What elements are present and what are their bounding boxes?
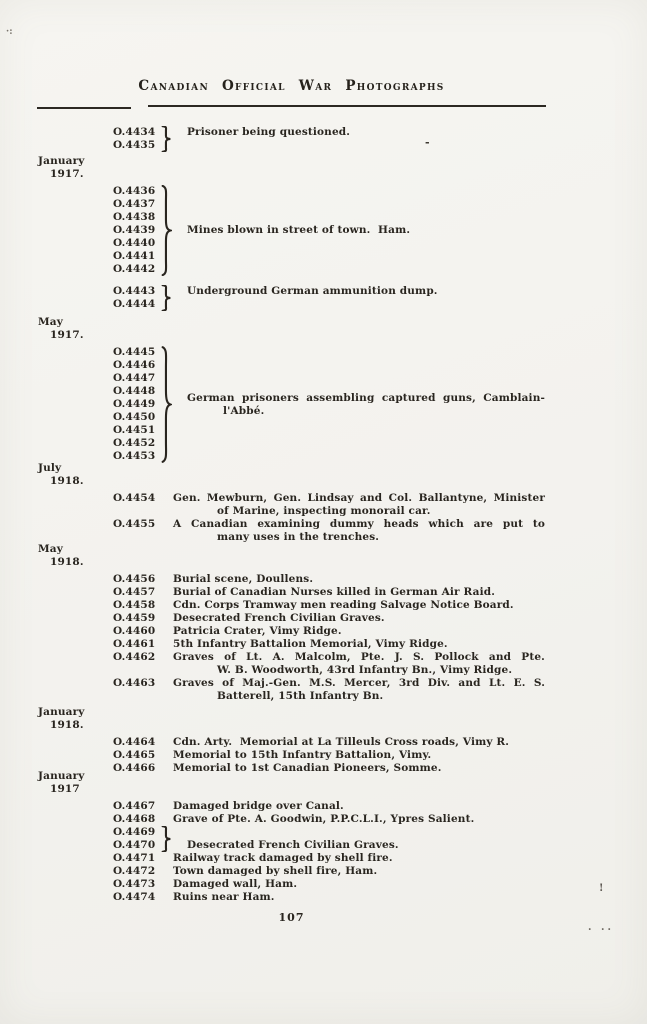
catalog-entry: O.4462Graves of Lt. A. Malcolm, Pte. J. …	[113, 651, 545, 677]
photo-number: O.4458	[113, 599, 173, 612]
page-header-title: Canadian Official War Photographs	[38, 80, 545, 93]
photo-caption: 5th Infantry Battalion Memorial, Vimy Ri…	[173, 638, 545, 651]
photo-number: O.4463	[113, 677, 173, 703]
photo-number: O.4454	[113, 492, 173, 518]
photo-caption-line: Cdn. Corps Tramway men reading Salvage N…	[173, 599, 545, 612]
photo-number: O.4462	[113, 651, 173, 677]
photo-caption-line: of Marine, inspecting monorail car.	[173, 505, 545, 518]
photo-caption: Town damaged by shell fire, Ham.	[173, 865, 545, 878]
section-items: O.4454Gen. Mewburn, Gen. Lindsay and Col…	[113, 492, 545, 544]
date-month: January	[38, 770, 118, 783]
photo-caption-line: Patricia Crater, Vimy Ridge.	[173, 625, 545, 638]
photo-caption: Damaged bridge over Canal.	[173, 800, 545, 813]
photo-number: O.4434	[113, 126, 161, 139]
photo-caption-line: Batterell, 15th Infantry Bn.	[173, 690, 545, 703]
photo-number: O.4455	[113, 518, 173, 544]
brace-icon	[161, 826, 174, 852]
catalog-entry: O.44615th Infantry Battalion Memorial, V…	[113, 638, 545, 651]
photo-caption: Burial scene, Doullens.	[173, 573, 545, 586]
photo-caption: Graves of Maj.-Gen. M.S. Mercer, 3rd Div…	[173, 677, 545, 703]
photo-caption-line: Graves of Lt. A. Malcolm, Pte. J. S. Pol…	[173, 651, 545, 664]
catalog-entry: O.4472Town damaged by shell fire, Ham.	[113, 865, 545, 878]
photo-caption: Underground German ammunition dump.	[187, 285, 545, 311]
photo-caption-line: Memorial to 15th Infantry Battalion, Vim…	[173, 749, 545, 762]
section-items: O.4445O.4446O.4447O.4448O.4449O.4450O.44…	[113, 346, 545, 463]
photo-number: O.4464	[113, 736, 173, 749]
photo-number: O.4442	[113, 263, 161, 276]
section-items: O.4456Burial scene, Doullens.O.4457Buria…	[113, 573, 545, 703]
photo-caption: Grave of Pte. A. Goodwin, P.P.C.L.I., Yp…	[173, 813, 545, 826]
photo-number: O.4440	[113, 237, 161, 250]
photo-number: O.4460	[113, 625, 173, 638]
photo-number-group: O.4443O.4444Underground German ammunitio…	[113, 285, 545, 311]
photo-caption: Patricia Crater, Vimy Ridge.	[173, 625, 545, 638]
catalog-entry: O.4454Gen. Mewburn, Gen. Lindsay and Col…	[113, 492, 545, 518]
photo-number: O.4451	[113, 424, 161, 437]
date-label: January1917.	[38, 155, 118, 181]
photo-caption-line: Railway track damaged by shell fire.	[173, 852, 545, 865]
photo-caption: Mines blown in street of town. Ham.	[187, 185, 545, 276]
photo-caption-line: Burial scene, Doullens.	[173, 573, 545, 586]
catalog-section: January1917O.4467Damaged bridge over Can…	[38, 770, 545, 904]
photo-number: O.4472	[113, 865, 173, 878]
photo-caption: Railway track damaged by shell fire.	[173, 852, 545, 865]
catalog-entry: O.4455A Canadian examining dummy heads w…	[113, 518, 545, 544]
photo-number-group: O.4469O.4470Desecrated French Civilian G…	[113, 826, 545, 852]
catalog-entry: O.4474Ruins near Ham.	[113, 891, 545, 904]
photo-caption-line: W. B. Woodworth, 43rd Infantry Bn., Vimy…	[173, 664, 545, 677]
photo-caption: Burial of Canadian Nurses killed in Germ…	[173, 586, 545, 599]
photo-caption-line: Desecrated French Civilian Graves.	[187, 839, 545, 852]
photo-number: O.4450	[113, 411, 161, 424]
photo-caption: Desecrated French Civilian Graves.	[187, 826, 545, 852]
date-year: 1917	[38, 783, 118, 796]
photo-number-group: O.4436O.4437O.4438O.4439O.4440O.4441O.44…	[113, 185, 545, 276]
catalog-entry: O.4456Burial scene, Doullens.	[113, 573, 545, 586]
date-month: July	[38, 462, 118, 475]
photo-caption-line: 5th Infantry Battalion Memorial, Vimy Ri…	[173, 638, 545, 651]
catalog-entry: O.4471Railway track damaged by shell fir…	[113, 852, 545, 865]
photo-caption: A Canadian examining dummy heads which a…	[173, 518, 545, 544]
photo-caption-line: Mines blown in street of town. Ham.	[187, 224, 545, 237]
photo-number: O.4469	[113, 826, 161, 839]
photo-caption-line: Ruins near Ham.	[173, 891, 545, 904]
date-label: July1918.	[38, 462, 118, 488]
page-number: 107	[38, 911, 545, 924]
photo-number: O.4447	[113, 372, 161, 385]
catalog-section: July1918.O.4454Gen. Mewburn, Gen. Lindsa…	[38, 462, 545, 544]
catalog-section: O.4434O.4435Prisoner being questioned.	[38, 126, 545, 152]
photo-number: O.4437	[113, 198, 161, 211]
photo-number-column: O.4436O.4437O.4438O.4439O.4440O.4441O.44…	[113, 185, 161, 276]
photo-caption: Desecrated French Civilian Graves.	[173, 612, 545, 625]
photo-caption-line: German prisoners assembling captured gun…	[187, 392, 545, 405]
photo-caption-line: Gen. Mewburn, Gen. Lindsay and Col. Ball…	[173, 492, 545, 505]
catalog-section: January1917.O.4436O.4437O.4438O.4439O.44…	[38, 155, 545, 311]
photo-number: O.4452	[113, 437, 161, 450]
photo-caption: Graves of Lt. A. Malcolm, Pte. J. S. Pol…	[173, 651, 545, 677]
photo-caption-line: l'Abbé.	[187, 405, 545, 418]
photo-number-column: O.4443O.4444	[113, 285, 161, 311]
photo-caption-line: Prisoner being questioned.	[187, 126, 545, 139]
photo-number: O.4435	[113, 139, 161, 152]
photo-caption: Gen. Mewburn, Gen. Lindsay and Col. Ball…	[173, 492, 545, 518]
date-month: January	[38, 155, 118, 168]
date-label: May1917.	[38, 316, 118, 342]
section-items: O.4434O.4435Prisoner being questioned.	[113, 126, 545, 152]
brace-icon	[161, 285, 174, 311]
photo-number: O.4474	[113, 891, 173, 904]
photo-number: O.4465	[113, 749, 173, 762]
scan-artifact-exclamation: !	[599, 882, 604, 895]
photo-caption: German prisoners assembling captured gun…	[187, 346, 545, 463]
photo-number: O.4459	[113, 612, 173, 625]
photo-caption-line: Damaged wall, Ham.	[173, 878, 545, 891]
scan-artifact-dash: -	[425, 136, 430, 149]
photo-number: O.4439	[113, 224, 161, 237]
catalog-entry: O.4468Grave of Pte. A. Goodwin, P.P.C.L.…	[113, 813, 545, 826]
photo-number: O.4473	[113, 878, 173, 891]
photo-caption: Memorial to 15th Infantry Battalion, Vim…	[173, 749, 545, 762]
photo-caption: Prisoner being questioned.	[187, 126, 545, 152]
photo-number: O.4471	[113, 852, 173, 865]
photo-number: O.4467	[113, 800, 173, 813]
catalog-entry: O.4458Cdn. Corps Tramway men reading Sal…	[113, 599, 545, 612]
catalog-section: May1917.O.4445O.4446O.4447O.4448O.4449O.…	[38, 316, 545, 463]
date-label: May1918.	[38, 543, 118, 569]
section-items: O.4467Damaged bridge over Canal.O.4468Gr…	[113, 800, 545, 904]
photo-caption-line: Burial of Canadian Nurses killed in Germ…	[173, 586, 545, 599]
photo-number: O.4457	[113, 586, 173, 599]
photo-caption-line: Town damaged by shell fire, Ham.	[173, 865, 545, 878]
catalog-entry: O.4460Patricia Crater, Vimy Ridge.	[113, 625, 545, 638]
catalog-entry: O.4465Memorial to 15th Infantry Battalio…	[113, 749, 545, 762]
photo-number: O.4456	[113, 573, 173, 586]
catalog-entry: O.4473Damaged wall, Ham.	[113, 878, 545, 891]
photo-number: O.4441	[113, 250, 161, 263]
date-label: January1917	[38, 770, 118, 796]
scanned-catalog-page: Canadian Official War Photographs O.4434…	[0, 0, 647, 1024]
catalog-section: January1918.O.4464Cdn. Arty. Memorial at…	[38, 706, 545, 775]
photo-number-group: O.4434O.4435Prisoner being questioned.	[113, 126, 545, 152]
date-label: January1918.	[38, 706, 118, 732]
photo-caption: Damaged wall, Ham.	[173, 878, 545, 891]
section-items: O.4436O.4437O.4438O.4439O.4440O.4441O.44…	[113, 185, 545, 311]
photo-number: O.4438	[113, 211, 161, 224]
photo-number-column: O.4434O.4435	[113, 126, 161, 152]
photo-caption-line: Desecrated French Civilian Graves.	[173, 612, 545, 625]
photo-caption: Cdn. Corps Tramway men reading Salvage N…	[173, 599, 545, 612]
catalog-section: May1918.O.4456Burial scene, Doullens.O.4…	[38, 543, 545, 703]
photo-number: O.4446	[113, 359, 161, 372]
brace-icon	[161, 346, 174, 463]
date-year: 1917.	[38, 329, 118, 342]
scan-artifact-dots: . ..	[588, 921, 614, 934]
catalog-entry: O.4463Graves of Maj.-Gen. M.S. Mercer, 3…	[113, 677, 545, 703]
catalog-entry: O.4467Damaged bridge over Canal.	[113, 800, 545, 813]
photo-caption-line: Underground German ammunition dump.	[187, 285, 545, 298]
brace-icon	[161, 126, 174, 152]
photo-caption-line: Graves of Maj.-Gen. M.S. Mercer, 3rd Div…	[173, 677, 545, 690]
photo-caption-line: Cdn. Arty. Memorial at La Tilleuls Cross…	[173, 736, 545, 749]
photo-number: O.4448	[113, 385, 161, 398]
photo-number-group: O.4445O.4446O.4447O.4448O.4449O.4450O.44…	[113, 346, 545, 463]
catalog-entry: O.4457Burial of Canadian Nurses killed i…	[113, 586, 545, 599]
scan-artifact-corner-marks: ·:	[6, 26, 13, 39]
header-rule-left-segment	[37, 107, 131, 109]
date-year: 1918.	[38, 719, 118, 732]
photo-number-column: O.4445O.4446O.4447O.4448O.4449O.4450O.44…	[113, 346, 161, 463]
date-month: May	[38, 316, 118, 329]
photo-caption: Cdn. Arty. Memorial at La Tilleuls Cross…	[173, 736, 545, 749]
photo-number: O.4468	[113, 813, 173, 826]
photo-caption-line: Damaged bridge over Canal.	[173, 800, 545, 813]
catalog-entry: O.4459Desecrated French Civilian Graves.	[113, 612, 545, 625]
date-year: 1918.	[38, 556, 118, 569]
photo-caption-line: Grave of Pte. A. Goodwin, P.P.C.L.I., Yp…	[173, 813, 545, 826]
date-year: 1918.	[38, 475, 118, 488]
photo-number-column: O.4469O.4470	[113, 826, 161, 852]
date-year: 1917.	[38, 168, 118, 181]
catalog-entry: O.4464Cdn. Arty. Memorial at La Tilleuls…	[113, 736, 545, 749]
photo-number: O.4436	[113, 185, 161, 198]
photo-number: O.4449	[113, 398, 161, 411]
header-rule	[148, 105, 546, 107]
photo-number: O.4461	[113, 638, 173, 651]
photo-caption-line: A Canadian examining dummy heads which a…	[173, 518, 545, 531]
photo-caption: Ruins near Ham.	[173, 891, 545, 904]
date-month: May	[38, 543, 118, 556]
photo-number: O.4443	[113, 285, 161, 298]
photo-number: O.4470	[113, 839, 161, 852]
date-month: January	[38, 706, 118, 719]
photo-number: O.4445	[113, 346, 161, 359]
brace-icon	[161, 185, 174, 276]
photo-number: O.4444	[113, 298, 161, 311]
